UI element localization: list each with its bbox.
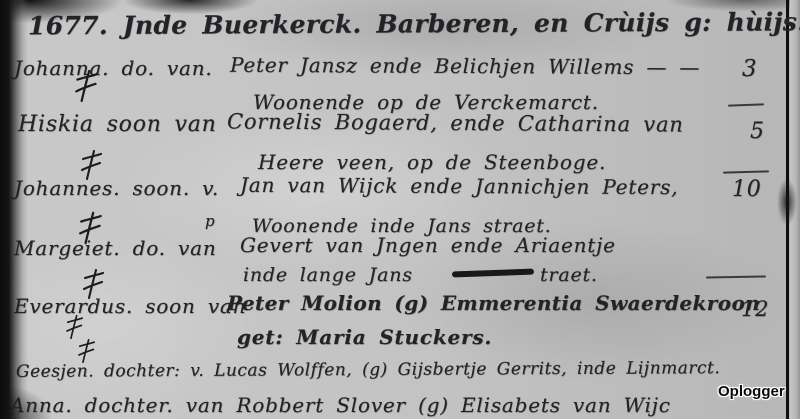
- entry-line: Geesjen. dochter: v. Lucas Wolffen, (g) …: [16, 358, 720, 382]
- entry-residence-prefix: p: [205, 212, 215, 230]
- manuscript-scan: 1677. Jnde Buerkerck. Barberen, en Crùij…: [0, 0, 800, 419]
- entry-residence: Heere veen, op de Steenboge.: [258, 150, 606, 174]
- entry-residence-tail: traet.: [540, 264, 598, 286]
- entry-parents: Peter Molion (g) Emmerentia Swaerdekroon: [227, 291, 760, 315]
- page-title: 1677. Jnde Buerkerck. Barberen, en Crùij…: [28, 7, 800, 41]
- entry-child-name: Johanna. do. van.: [14, 56, 213, 80]
- entry-parents: Jan van Wijck ende Jannichjen Peters,: [240, 173, 678, 199]
- entry-child-name: Johannes. soon. v.: [14, 176, 219, 200]
- entry-residence: inde lange Jans: [243, 264, 413, 286]
- cross-mark-icon: [62, 315, 88, 339]
- entry-day-number: 3: [742, 56, 757, 82]
- entry-parents: Gevert van Jngen ende Ariaentje: [240, 233, 616, 257]
- entry-child-name: Everardus. soon van: [14, 294, 246, 318]
- oplogger-watermark: Oplogger: [718, 383, 785, 400]
- margin-rule: [723, 170, 769, 173]
- pen-flourish: [452, 269, 534, 278]
- cross-mark-icon: [74, 70, 100, 102]
- entry-parents: Cornelis Bogaerd, ende Catharina van: [227, 109, 684, 136]
- entry-parents: Peter Jansz ende Belichjen Willems — —: [230, 53, 700, 79]
- entry-day-number: 10: [732, 177, 762, 202]
- margin-rule: [728, 103, 764, 106]
- entry-child-name: Hiskia soon van: [18, 112, 217, 137]
- entry-child-name: Margeiet. do. van: [14, 236, 217, 260]
- margin-rule: [706, 275, 766, 278]
- entry-line: Anna. dochter. van Robbert Slover (g) El…: [10, 393, 671, 417]
- ink-blot: [777, 178, 797, 226]
- entry-day-number: 12: [741, 297, 769, 321]
- cross-mark-icon: [74, 339, 100, 363]
- entry-witnesses: get: Maria Stuckers.: [237, 325, 492, 349]
- entry-day-number: 5: [750, 119, 765, 144]
